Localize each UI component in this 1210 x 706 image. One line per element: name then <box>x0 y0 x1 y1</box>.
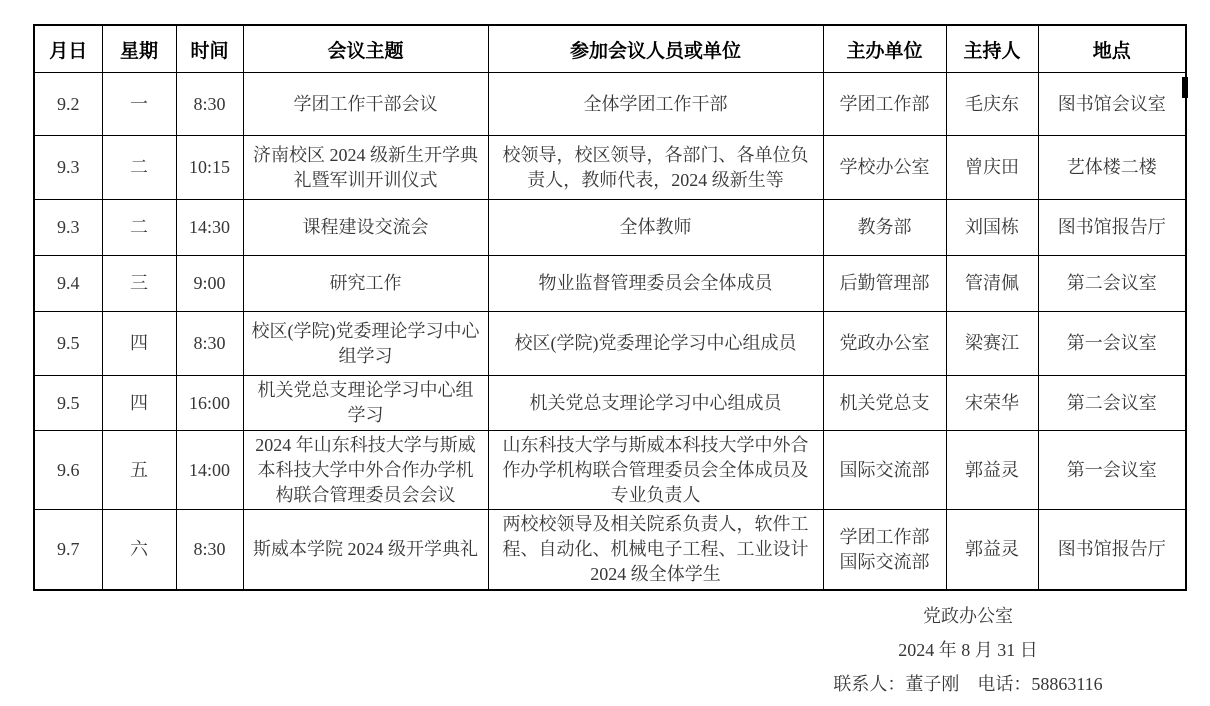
cell-weekday: 二 <box>102 136 176 200</box>
cell-date: 9.4 <box>34 256 102 312</box>
cell-date: 9.3 <box>34 136 102 200</box>
cell-location: 第二会议室 <box>1038 256 1186 312</box>
issue-date: 2024 年 8 月 31 日 <box>763 640 1173 660</box>
cell-topic: 研究工作 <box>243 256 488 312</box>
cell-organizer: 学校办公室 <box>823 136 946 200</box>
header-host: 主持人 <box>946 25 1038 73</box>
cell-date: 9.5 <box>34 312 102 376</box>
cell-organizer: 后勤管理部 <box>823 256 946 312</box>
cell-weekday: 三 <box>102 256 176 312</box>
cell-time: 14:30 <box>176 200 243 256</box>
header-time: 时间 <box>176 25 243 73</box>
table-row: 9.4 三 9:00 研究工作 物业监督管理委员会全体成员 后勤管理部 管清佩 … <box>34 256 1186 312</box>
table-row: 9.3 二 10:15 济南校区 2024 级新生开学典礼暨军训开训仪式 校领导… <box>34 136 1186 200</box>
cell-attendees: 机关党总支理论学习中心组成员 <box>488 376 823 431</box>
cell-date: 9.3 <box>34 200 102 256</box>
signature-block: 党政办公室 2024 年 8 月 31 日 联系人：董子刚 电话：5886311… <box>763 606 1173 706</box>
table-row: 9.6 五 14:00 2024 年山东科技大学与斯威本科技大学中外合作办学机构… <box>34 431 1186 510</box>
cell-host: 宋荣华 <box>946 376 1038 431</box>
border-artifact <box>1182 77 1188 98</box>
header-organizer: 主办单位 <box>823 25 946 73</box>
cell-host: 梁赛江 <box>946 312 1038 376</box>
cell-attendees: 校区(学院)党委理论学习中心组成员 <box>488 312 823 376</box>
header-attendees: 参加会议人员或单位 <box>488 25 823 73</box>
header-location: 地点 <box>1038 25 1186 73</box>
cell-host: 管清佩 <box>946 256 1038 312</box>
cell-topic: 课程建设交流会 <box>243 200 488 256</box>
table-row: 9.5 四 8:30 校区(学院)党委理论学习中心组学习 校区(学院)党委理论学… <box>34 312 1186 376</box>
cell-host: 刘国栋 <box>946 200 1038 256</box>
table-row: 9.5 四 16:00 机关党总支理论学习中心组学习 机关党总支理论学习中心组成… <box>34 376 1186 431</box>
cell-location: 艺体楼二楼 <box>1038 136 1186 200</box>
cell-weekday: 四 <box>102 376 176 431</box>
cell-attendees: 校领导，校区领导，各部门、各单位负责人，教师代表，2024 级新生等 <box>488 136 823 200</box>
cell-date: 9.7 <box>34 510 102 590</box>
cell-location: 图书馆报告厅 <box>1038 510 1186 590</box>
cell-location: 第二会议室 <box>1038 376 1186 431</box>
cell-organizer: 教务部 <box>823 200 946 256</box>
cell-time: 9:00 <box>176 256 243 312</box>
cell-host: 曾庆田 <box>946 136 1038 200</box>
table-row: 9.3 二 14:30 课程建设交流会 全体教师 教务部 刘国栋 图书馆报告厅 <box>34 200 1186 256</box>
cell-weekday: 四 <box>102 312 176 376</box>
cell-host: 郭益灵 <box>946 510 1038 590</box>
cell-organizer: 学团工作部 <box>823 73 946 136</box>
cell-location: 图书馆报告厅 <box>1038 200 1186 256</box>
cell-organizer: 党政办公室 <box>823 312 946 376</box>
cell-topic: 济南校区 2024 级新生开学典礼暨军训开训仪式 <box>243 136 488 200</box>
cell-time: 8:30 <box>176 73 243 136</box>
cell-topic: 机关党总支理论学习中心组学习 <box>243 376 488 431</box>
cell-time: 14:00 <box>176 431 243 510</box>
cell-topic: 斯威本学院 2024 级开学典礼 <box>243 510 488 590</box>
meeting-schedule-table: 月日 星期 时间 会议主题 参加会议人员或单位 主办单位 主持人 地点 9.2 … <box>33 24 1187 591</box>
cell-organizer: 国际交流部 <box>823 431 946 510</box>
cell-host: 郭益灵 <box>946 431 1038 510</box>
cell-attendees: 全体教师 <box>488 200 823 256</box>
cell-weekday: 五 <box>102 431 176 510</box>
cell-attendees: 物业监督管理委员会全体成员 <box>488 256 823 312</box>
cell-weekday: 六 <box>102 510 176 590</box>
cell-date: 9.5 <box>34 376 102 431</box>
cell-time: 16:00 <box>176 376 243 431</box>
table-row: 9.7 六 8:30 斯威本学院 2024 级开学典礼 两校校领导及相关院系负责… <box>34 510 1186 590</box>
cell-attendees: 两校校领导及相关院系负责人，软件工程、自动化、机械电子工程、工业设计 2024 … <box>488 510 823 590</box>
contact-info: 联系人：董子刚 电话：58863116 <box>763 674 1173 694</box>
cell-weekday: 一 <box>102 73 176 136</box>
cell-topic: 校区(学院)党委理论学习中心组学习 <box>243 312 488 376</box>
cell-location: 第一会议室 <box>1038 312 1186 376</box>
cell-organizer: 机关党总支 <box>823 376 946 431</box>
cell-date: 9.6 <box>34 431 102 510</box>
cell-time: 8:30 <box>176 312 243 376</box>
cell-topic: 学团工作干部会议 <box>243 73 488 136</box>
issuer-name: 党政办公室 <box>763 606 1173 626</box>
cell-date: 9.2 <box>34 73 102 136</box>
header-weekday: 星期 <box>102 25 176 73</box>
cell-attendees: 全体学团工作干部 <box>488 73 823 136</box>
cell-organizer: 学团工作部 国际交流部 <box>823 510 946 590</box>
cell-location: 图书馆会议室 <box>1038 73 1186 136</box>
header-row: 月日 星期 时间 会议主题 参加会议人员或单位 主办单位 主持人 地点 <box>34 25 1186 73</box>
cell-time: 10:15 <box>176 136 243 200</box>
cell-attendees: 山东科技大学与斯威本科技大学中外合作办学机构联合管理委员会全体成员及专业负责人 <box>488 431 823 510</box>
cell-weekday: 二 <box>102 200 176 256</box>
cell-topic: 2024 年山东科技大学与斯威本科技大学中外合作办学机构联合管理委员会会议 <box>243 431 488 510</box>
header-date: 月日 <box>34 25 102 73</box>
header-topic: 会议主题 <box>243 25 488 73</box>
cell-time: 8:30 <box>176 510 243 590</box>
table-row: 9.2 一 8:30 学团工作干部会议 全体学团工作干部 学团工作部 毛庆东 图… <box>34 73 1186 136</box>
cell-location: 第一会议室 <box>1038 431 1186 510</box>
cell-host: 毛庆东 <box>946 73 1038 136</box>
meeting-schedule-page: 月日 星期 时间 会议主题 参加会议人员或单位 主办单位 主持人 地点 9.2 … <box>0 0 1210 706</box>
